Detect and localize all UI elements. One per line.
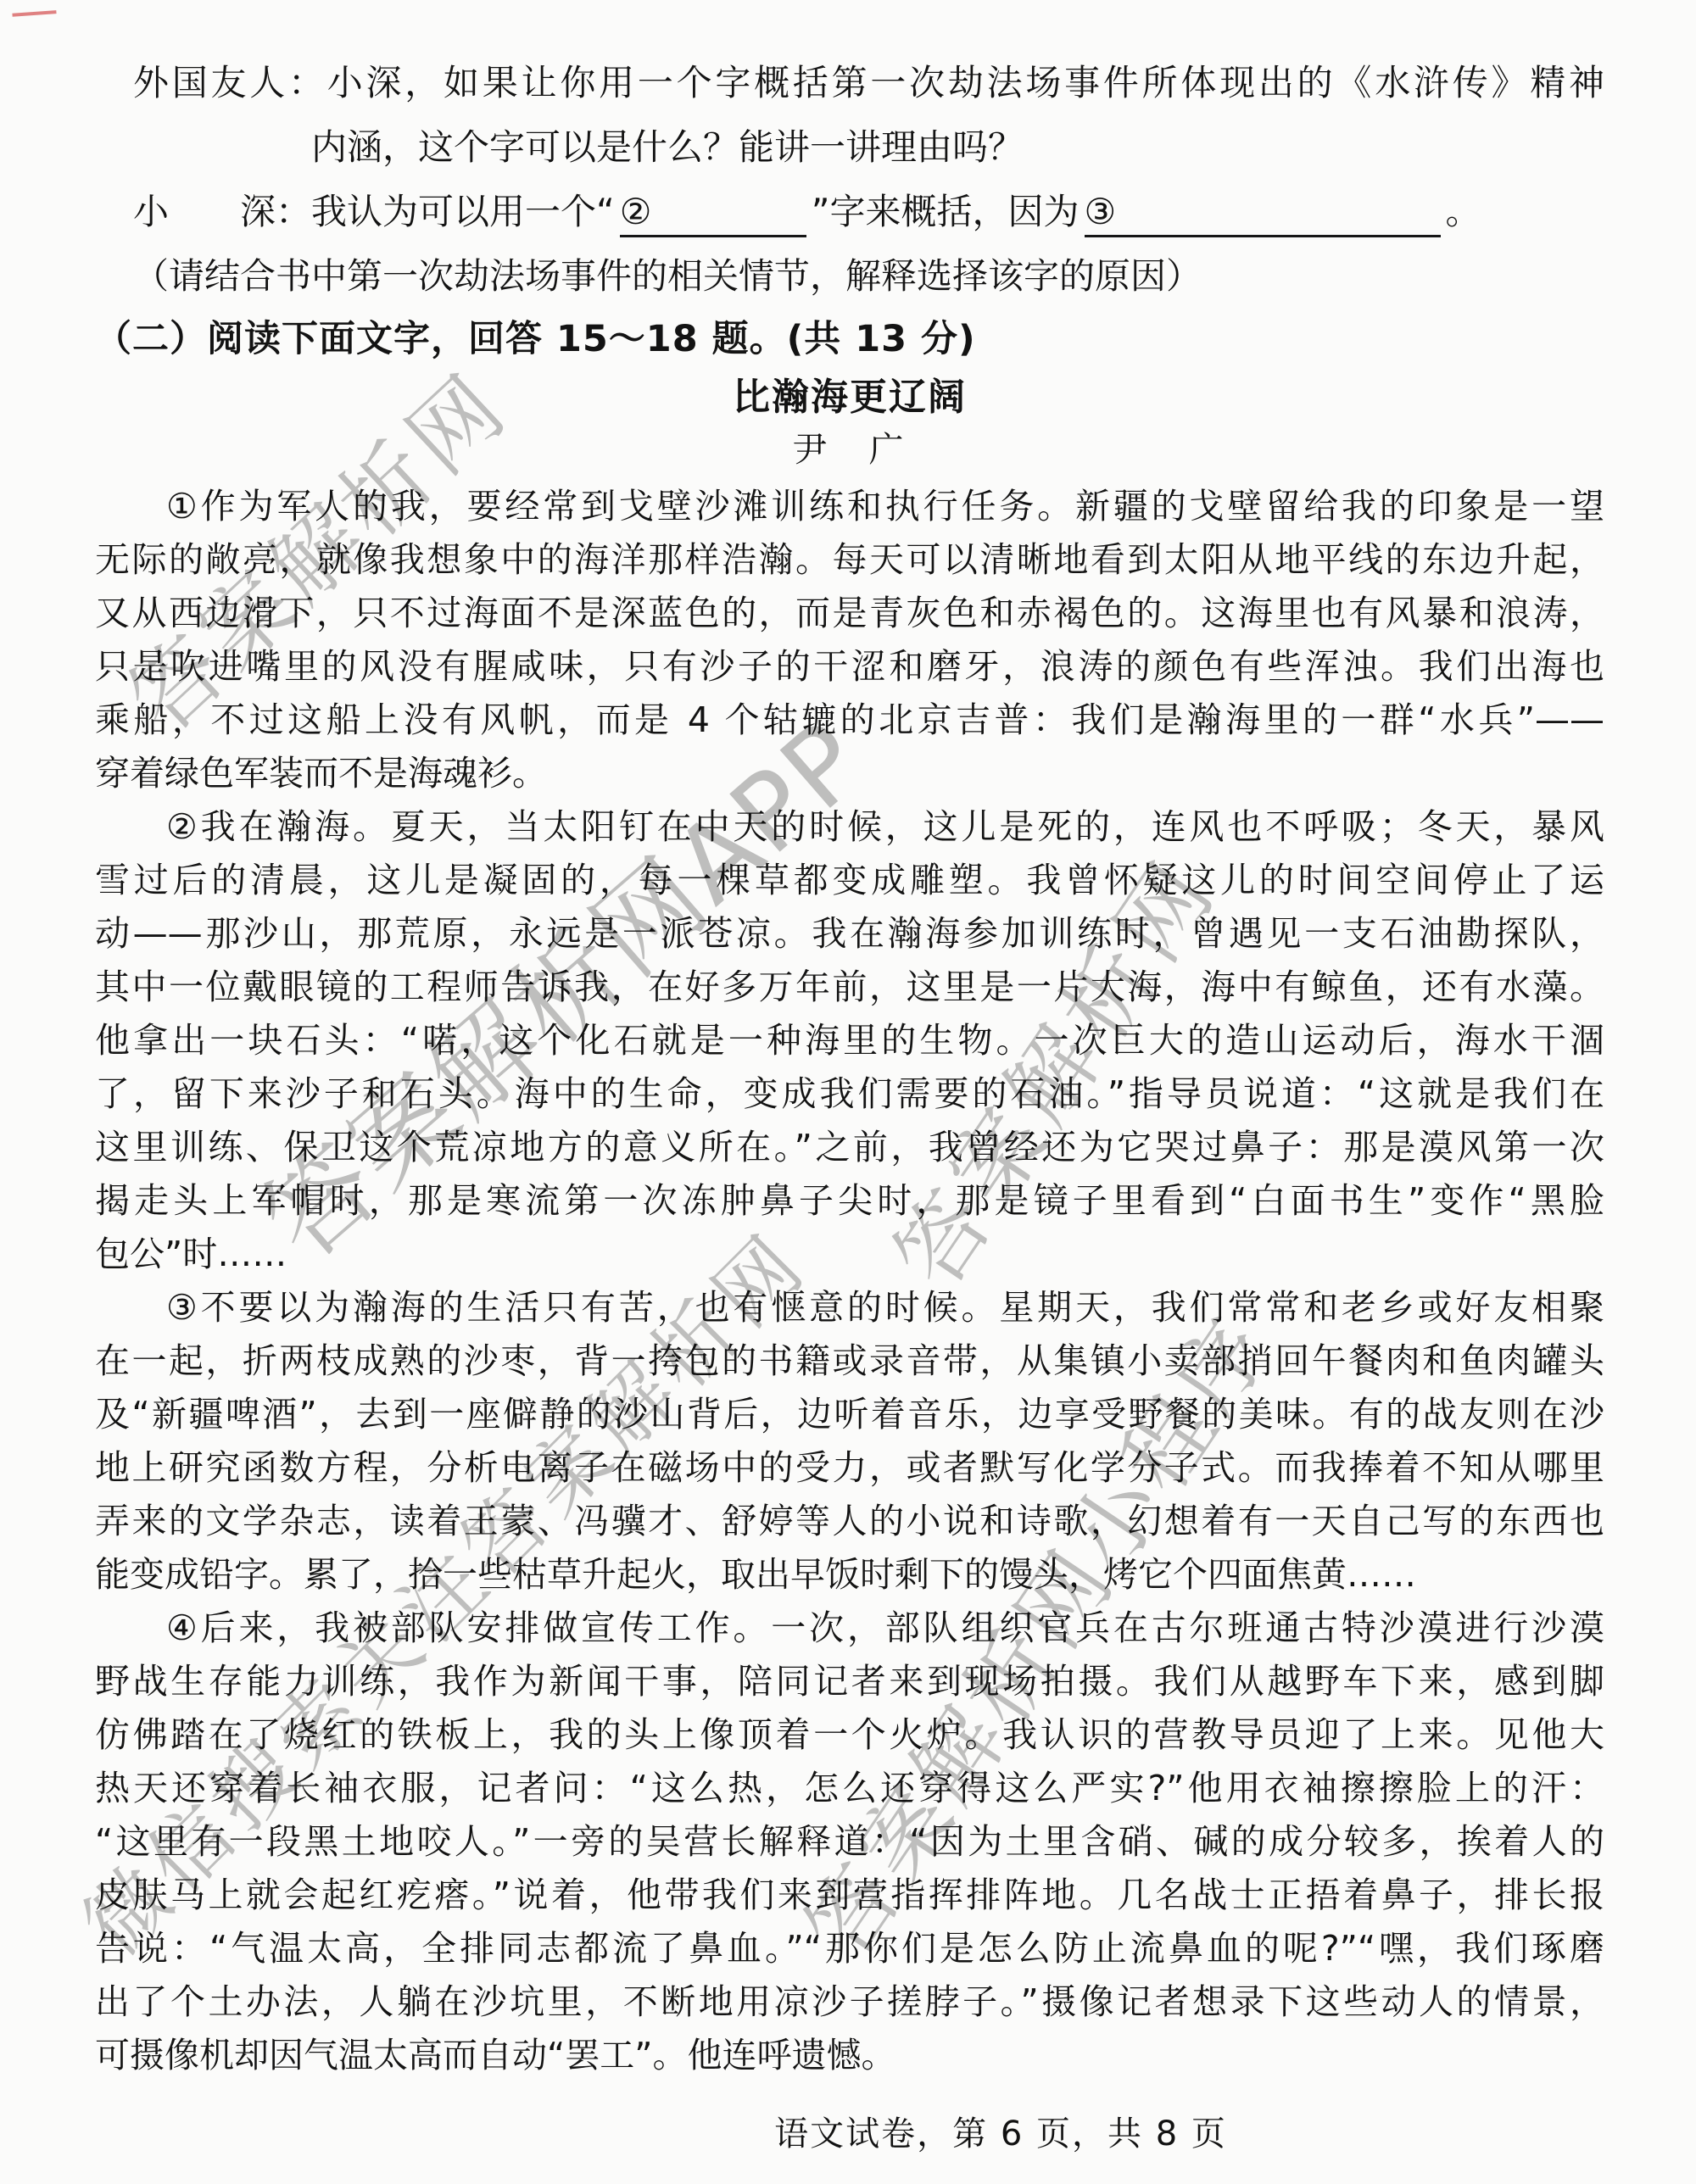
fill-in-blank-2: ② [620, 191, 806, 237]
article-line: 在一起，折两枝成熟的沙枣，背一挎包的书籍或录音带，从集镇小卖部捎回午餐肉和鱼肉罐… [95, 1334, 1604, 1388]
dialogue-line-foreign-friend: 外国友人：小深，如果让你用一个字概括第一次劫法场事件所体现出的《水浒传》精神 [133, 51, 1604, 115]
article-line: 揭走头上军帽时，那是寒流第一次冻肿鼻子尖时，那是镜子里看到“白面书生”变作“黑脸 [95, 1174, 1604, 1228]
dialogue-text: 。 [1446, 191, 1481, 232]
article-line: 他拿出一块石头：“喏，这个化石就是一种海里的生物。一次巨大的造山运动后，海水干涸 [95, 1014, 1604, 1067]
fill-in-blank-3: ③ [1085, 191, 1441, 237]
article-body: ①作为军人的我，要经常到戈壁沙滩训练和执行任务。新疆的戈壁留给我的印象是一望 无… [95, 480, 1604, 2082]
dialogue-line-continuation: 内涵，这个字可以是什么？能讲一讲理由吗？ [133, 115, 1604, 180]
article-line: 皮肤马上就会起红疙瘩。”说着，他带我们来到营指挥排阵地。几名战士正捂着鼻子，排长… [95, 1869, 1604, 1922]
dialogue-text: 我认为可以用一个“ [311, 191, 615, 232]
dialogue-instruction-note: （请结合书中第一次劫法场事件的相关情节，解释选择该字的原因） [133, 244, 1604, 309]
article-line: 能变成铅字。累了，拾一些枯草升起火，取出早饭时剩下的馒头，烤它个四面焦黄…… [95, 1548, 1604, 1602]
dialogue-question-block: 外国友人：小深，如果让你用一个字概括第一次劫法场事件所体现出的《水浒传》精神 内… [95, 51, 1604, 309]
article-line: 雪过后的清晨，这儿是凝固的，每一棵草都变成雕塑。我曾怀疑这儿的时间空间停止了运 [95, 854, 1604, 907]
article-line: 无际的敞亮，就像我想象中的海洋那样浩瀚。每天可以清晰地看到太阳从地平线的东边升起… [95, 533, 1604, 587]
article-line: 地上研究函数方程，分析电离子在磁场中的受力，或者默写化学分子式。而我捧着不知从哪… [95, 1441, 1604, 1495]
article-line: 包公”时…… [95, 1228, 1604, 1281]
article-line: 热天还穿着长袖衣服，记者问：“这么热，怎么还穿得这么严实?”他用衣袖擦擦脸上的汗… [95, 1762, 1604, 1815]
article-line: 了，留下来沙子和石头。海中的生命，变成我们需要的石油。”指导员说道：“这就是我们… [95, 1067, 1604, 1121]
article-line: 这里训练、保卫这个荒凉地方的意义所在。”之前，我曾经还为它哭过鼻子：那是漠风第一… [95, 1121, 1604, 1174]
exam-paper-page: 答案解析网 答案解析网APP 答案解析网 微信搜索关注答案解析网 答案解析网小程… [0, 0, 1696, 2184]
article-line: 及“新疆啤酒”，去到一座僻静的沙山背后，边听着音乐，边享受野餐的美味。有的战友则… [95, 1388, 1604, 1441]
article-line: 仿佛踏在了烧红的铁板上，我的头上像顶着一个火炉。我认识的营教导员迎了上来。见他大 [95, 1708, 1604, 1762]
speaker-label: 外国友人： [133, 62, 327, 103]
article-line: 可摄像机却因气温太高而自动“罢工”。他连呼遗憾。 [95, 2029, 1604, 2082]
article-line: ①作为军人的我，要经常到戈壁沙滩训练和执行任务。新疆的戈壁留给我的印象是一望 [95, 480, 1604, 533]
dialogue-line-xiaoshen: 小 深：我认为可以用一个“②”字来概括，因为③。 [133, 180, 1604, 244]
article-line: “这里有一段黑土地咬人。”一旁的吴营长解释道：“因为土里含硝、碱的成分较多，挨着… [95, 1815, 1604, 1869]
page-content: 外国友人：小深，如果让你用一个字概括第一次劫法场事件所体现出的《水浒传》精神 内… [0, 0, 1696, 2082]
article-line: 乘船，不过这船上没有风帆，而是 4 个轱辘的北京吉普：我们是瀚海里的一群“水兵”… [95, 694, 1604, 747]
article-line: 只是吹进嘴里的风没有腥咸味，只有沙子的干涩和磨牙，浪涛的颜色有些浑浊。我们出海也 [95, 640, 1604, 694]
article-title: 比瀚海更辽阔 [95, 370, 1604, 426]
article-line: 出了个土办法，人躺在沙坑里，不断地用凉沙子搓脖子。”摄像记者想录下这些动人的情景… [95, 1975, 1604, 2029]
dialogue-text: ”字来概括，因为 [812, 191, 1080, 232]
article-line: ④后来，我被部队安排做宣传工作。一次，部队组织官兵在古尔班通古特沙漠进行沙漠 [95, 1602, 1604, 1655]
dialogue-text: 小深，如果让你用一个字概括第一次劫法场事件所体现出的《水浒传》精神 [327, 62, 1604, 103]
article-line: 其中一位戴眼镜的工程师告诉我，在好多万年前，这里是一片大海，海中有鲸鱼，还有水藻… [95, 961, 1604, 1014]
article-line: 又从西边滑下，只不过海面不是深蓝色的，而是青灰色和赤褐色的。这海里也有风暴和浪涛… [95, 587, 1604, 640]
speaker-label: 小 深： [133, 191, 311, 232]
article-line: 告说：“气温太高，全排同志都流了鼻血。”“那你们是怎么防止流鼻血的呢?”“嘿，我… [95, 1922, 1604, 1975]
section-heading: （二）阅读下面文字，回答 15～18 题。(共 13 分) [95, 309, 1604, 370]
article-line: ③不要以为瀚海的生活只有苦，也有惬意的时候。星期天，我们常常和老乡或好友相聚 [95, 1281, 1604, 1334]
article-line: 穿着绿色军装而不是海魂衫。 [95, 747, 1604, 800]
article-line: 弄来的文学杂志，读着王蒙、冯骥才、舒婷等人的小说和诗歌，幻想着有一天自己写的东西… [95, 1495, 1604, 1548]
article-line: 动——那沙山，那荒原，永远是一派苍凉。我在瀚海参加训练时，曾遇见一支石油勘探队， [95, 907, 1604, 961]
article-line: ②我在瀚海。夏天，当太阳钉在中天的时候，这儿是死的，连风也不呼吸；冬天，暴风 [95, 800, 1604, 854]
article-author: 尹 广 [95, 426, 1604, 473]
article-line: 野战生存能力训练，我作为新闻干事，陪同记者来到现场拍摄。我们从越野车下来，感到脚 [95, 1655, 1604, 1708]
page-footer: 语文试卷，第 6 页，共 8 页 [0, 2107, 1696, 2155]
